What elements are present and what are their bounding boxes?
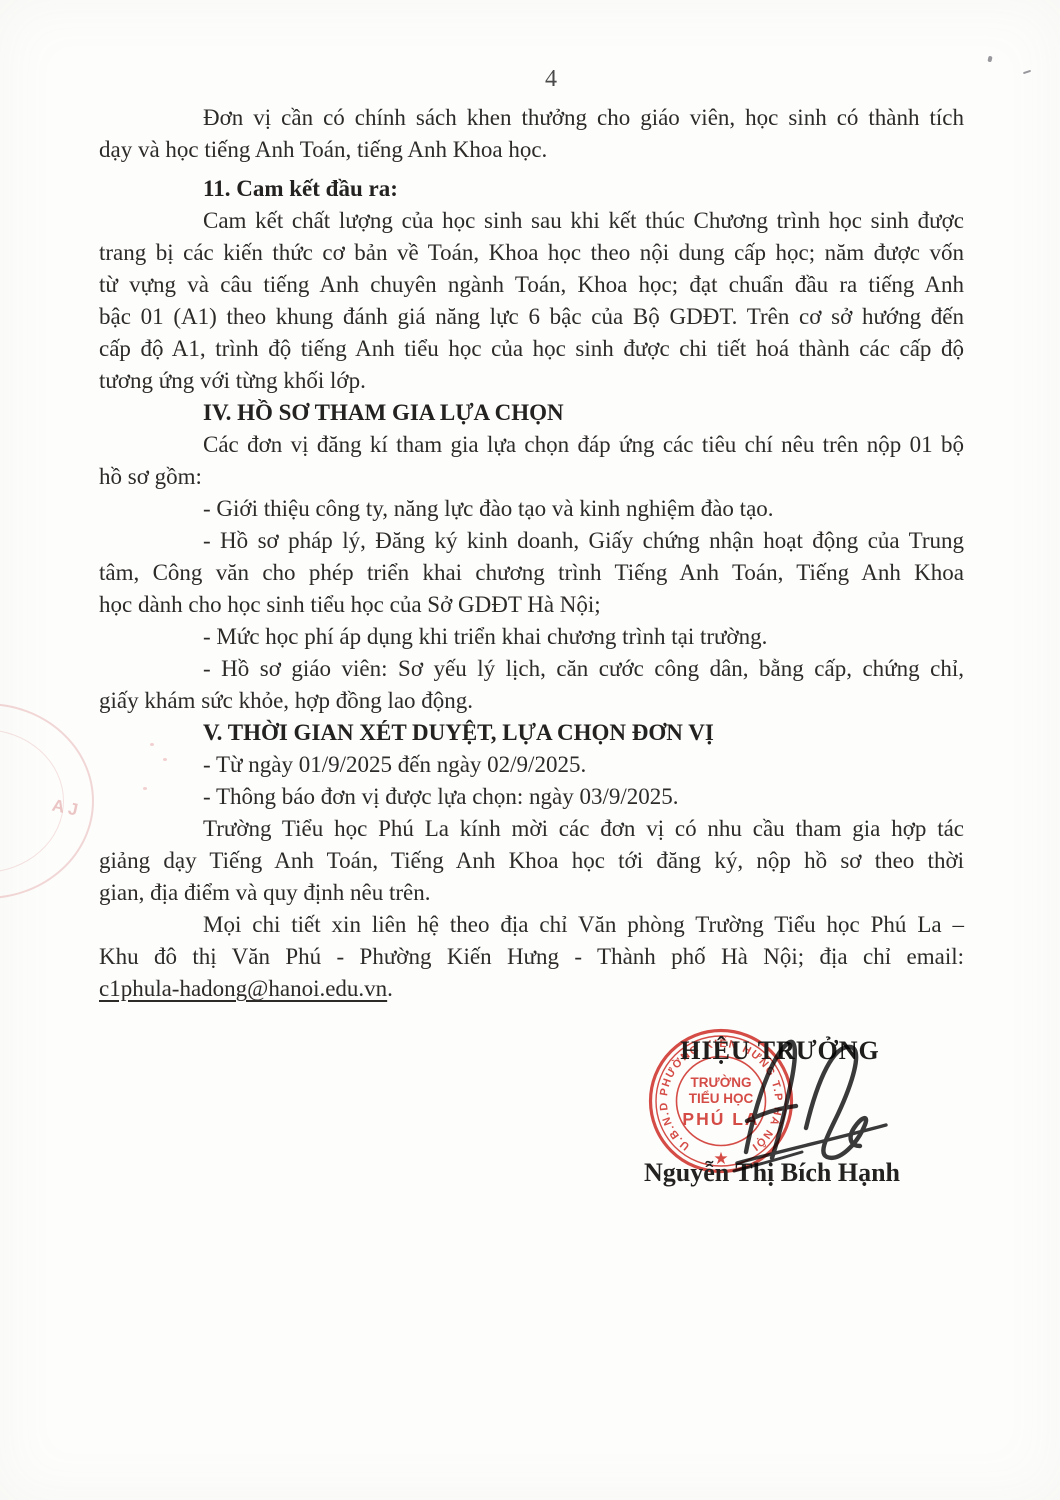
text-line: Khu đô thị Văn Phú - Phường Kiến Hưng - … [99, 941, 964, 973]
text-line: Cam kết chất lượng của học sinh sau khi … [99, 205, 964, 237]
text-line: giấy khám sức khỏe, hợp đồng lao động. [99, 685, 964, 717]
email-suffix: . [387, 976, 393, 1001]
text-line: bậc 01 (A1) theo khung đánh giá năng lực… [99, 301, 964, 333]
list-item: - Từ ngày 01/9/2025 đến ngày 02/9/2025. [99, 749, 964, 781]
page-number: 4 [545, 66, 557, 93]
section-heading-11: 11. Cam kết đầu ra: [99, 173, 964, 205]
document-page: 4 A J Đơn vị cần có chính sách khen thưở… [0, 0, 1060, 1500]
signer-name: Nguyễn Thị Bích Hạnh [622, 1158, 922, 1188]
scan-speck [987, 56, 992, 63]
text-line: giảng dạy Tiếng Anh Toán, Tiếng Anh Khoa… [99, 845, 964, 877]
section-heading-iv: IV. HỒ SƠ THAM GIA LỰA CHỌN [99, 397, 964, 429]
text-line: gian, địa điểm và quy định nêu trên. [99, 877, 964, 909]
scan-speck [1023, 70, 1031, 74]
email-line: c1phula-hadong@hanoi.edu.vn. [99, 973, 964, 1005]
signer-title: HIỆU TRƯỞNG [640, 1036, 920, 1066]
text-line: tâm, Công văn cho phép triển khai chương… [99, 557, 964, 589]
document-body: Đơn vị cần có chính sách khen thưởng cho… [99, 102, 964, 1005]
stamp-line3: PHÚ LA [682, 1108, 759, 1129]
text-line: học dành cho học sinh tiểu học của Sở GD… [99, 589, 964, 621]
scan-speck [163, 758, 167, 761]
text-line: Trường Tiểu học Phú La kính mời các đơn … [99, 813, 964, 845]
text-line: hồ sơ gồm: [99, 461, 964, 493]
text-line: trang bị các kiến thức cơ bản về Toán, K… [99, 237, 964, 269]
scan-speck [150, 743, 154, 746]
text-line: Đơn vị cần có chính sách khen thưởng cho… [99, 102, 964, 134]
text-line: Các đơn vị đăng kí tham gia lựa chọn đáp… [99, 429, 964, 461]
text-line: Mọi chi tiết xin liên hệ theo địa chỉ Vă… [99, 909, 964, 941]
stamp-line2: TIỂU HỌC [689, 1091, 754, 1106]
section-heading-v: V. THỜI GIAN XÉT DUYỆT, LỰA CHỌN ĐƠN VỊ [99, 717, 964, 749]
email-address: c1phula-hadong@hanoi.edu.vn [99, 976, 387, 1001]
text-line: tương ứng với từng khối lớp. [99, 365, 964, 397]
list-item: - Giới thiệu công ty, năng lực đào tạo v… [99, 493, 964, 525]
stamp-line1: TRƯỜNG [691, 1075, 752, 1090]
list-item: - Thông báo đơn vị được lựa chọn: ngày 0… [99, 781, 964, 813]
list-item: - Mức học phí áp dụng khi triển khai chư… [99, 621, 964, 653]
text-line: cấp độ A1, trình độ tiếng Anh tiểu học c… [99, 333, 964, 365]
text-line: dạy và học tiếng Anh Toán, tiếng Anh Kho… [99, 134, 964, 166]
scan-speck [143, 787, 147, 790]
list-item: - Hồ sơ pháp lý, Đăng ký kinh doanh, Giấ… [99, 525, 964, 557]
list-item: - Hồ sơ giáo viên: Sơ yếu lý lịch, căn c… [99, 653, 964, 685]
text-line: từ vựng và câu tiếng Anh chuyên ngành To… [99, 269, 964, 301]
